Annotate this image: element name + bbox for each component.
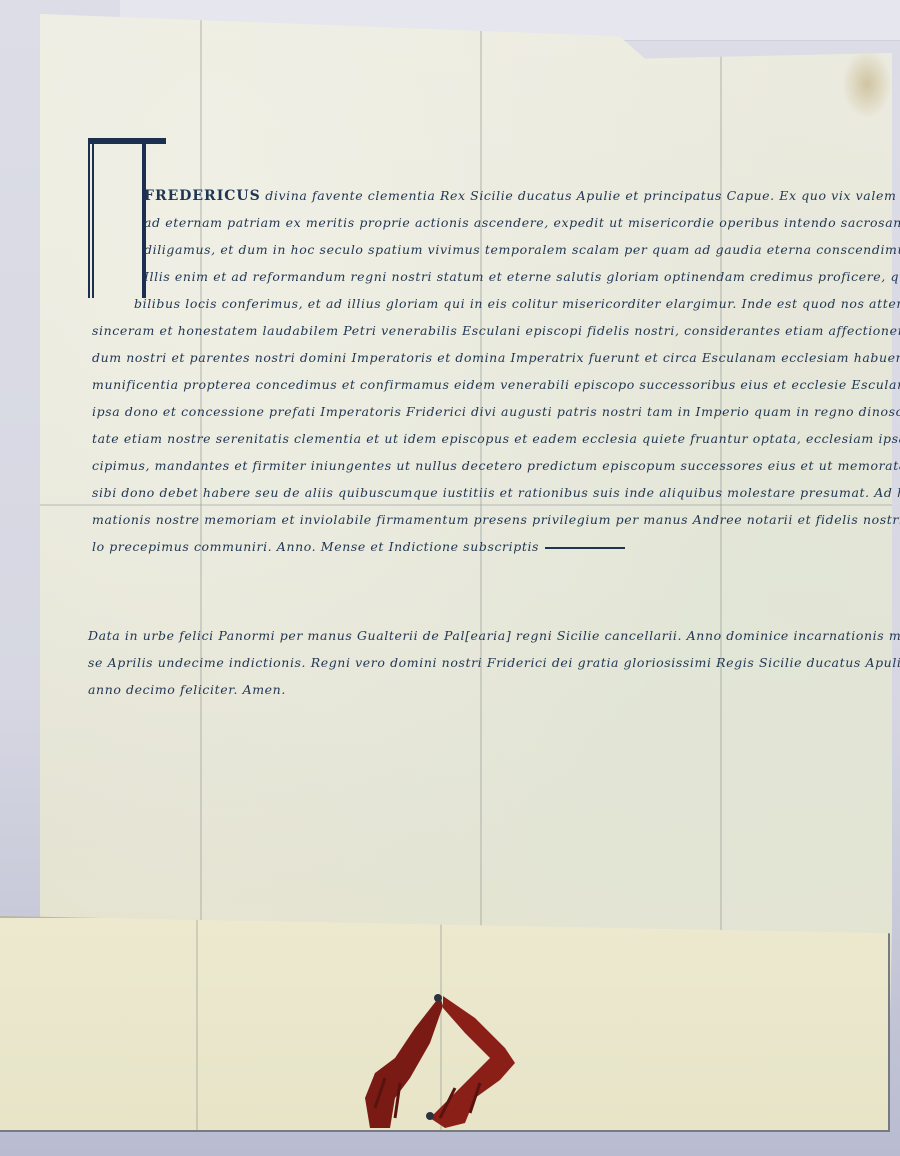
text-line-1: FREDERICUS divina favente clementia Rex …	[144, 188, 896, 204]
text-line: lo precepimus communiri. Anno. Mense et …	[92, 539, 625, 555]
water-stain	[842, 49, 892, 119]
fold-line	[196, 918, 198, 1130]
initial-crossbar	[88, 138, 166, 144]
text-line: dum nostri et parentes nostri domini Imp…	[92, 350, 900, 366]
datum-line: Data in urbe felici Panormi per manus Gu…	[88, 628, 900, 644]
text-line: ad eternam patriam ex meritis proprie ac…	[144, 215, 900, 231]
text-line: tate etiam nostre serenitatis clementia …	[92, 431, 900, 447]
closing-flourish	[545, 547, 625, 549]
text-line: mationis nostre memoriam et inviolabile …	[92, 512, 900, 528]
text-line: munificentia propterea concedimus et con…	[92, 377, 900, 393]
datum-line: se Aprilis undecime indictionis. Regni v…	[88, 655, 900, 671]
datum-line: anno decimo feliciter. Amen.	[88, 682, 286, 698]
text-line: sibi dono debet habere seu de aliis quib…	[92, 485, 900, 501]
text-line: bilibus locis conferimus, et ad illius g…	[134, 296, 900, 312]
header-word: FREDERICUS	[144, 188, 261, 204]
fold-line	[40, 504, 892, 506]
text-line: diligamus, et dum in hoc seculo spatium …	[144, 242, 900, 258]
seal-hole	[426, 1112, 434, 1120]
red-silk-seal-cord	[355, 988, 520, 1133]
decorated-initial-f	[88, 138, 146, 298]
text-line: cipimus, mandantes et firmiter iniungent…	[92, 458, 900, 474]
seal-hole	[434, 994, 442, 1002]
text-line: Illis enim et ad reformandum regni nostr…	[144, 269, 900, 285]
text-line: sinceram et honestatem laudabilem Petri …	[92, 323, 900, 339]
text-line: ipsa dono et concessione prefati Imperat…	[92, 404, 900, 420]
